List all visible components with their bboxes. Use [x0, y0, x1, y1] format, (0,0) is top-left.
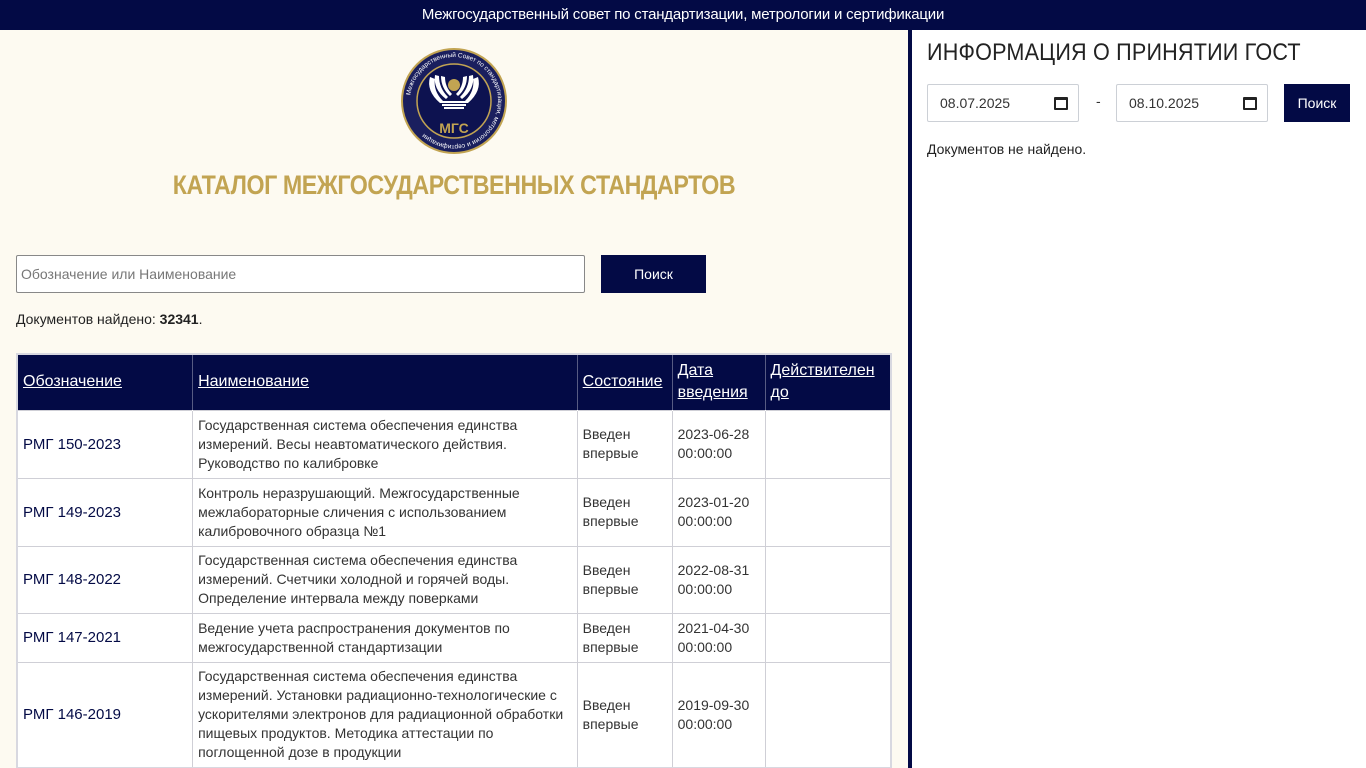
column-header-valid-until[interactable]: Действителен до: [765, 354, 891, 410]
document-code-link[interactable]: РМГ 147-2021: [23, 629, 121, 646]
site-title: Межгосударственный совет по стандартизац…: [422, 6, 944, 23]
svg-text:МГС: МГС: [439, 120, 469, 136]
date-from-input[interactable]: 08.07.2025: [927, 84, 1079, 122]
gost-adoption-panel: ИНФОРМАЦИЯ О ПРИНЯТИИ ГОСТ 08.07.2025 - …: [912, 30, 1366, 768]
catalog-title: КАТАЛОГ МЕЖГОСУДАРСТВЕННЫХ СТАНДАРТОВ: [64, 170, 845, 201]
document-valid-until: [765, 662, 891, 768]
table-header-row: Обозначение Наименование Состояние Дата …: [17, 354, 891, 410]
search-input[interactable]: [16, 255, 585, 293]
table-row: РМГ 149-2023 Контроль неразрушающий. Меж…: [17, 478, 891, 546]
column-header-code[interactable]: Обозначение: [17, 354, 193, 410]
mgs-logo[interactable]: Межгосударственный Совет по стандартизац…: [400, 47, 508, 155]
document-valid-until: [765, 546, 891, 613]
document-code-link[interactable]: РМГ 150-2023: [23, 436, 121, 453]
document-state: Введен впервые: [577, 478, 672, 546]
date-to-value: 08.10.2025: [1129, 95, 1199, 111]
sort-link-code[interactable]: Обозначение: [23, 373, 122, 390]
document-date: 2021-04-30 00:00:00: [672, 613, 765, 662]
table-row: РМГ 150-2023 Государственная система обе…: [17, 410, 891, 478]
document-state: Введен впервые: [577, 662, 672, 768]
column-header-date[interactable]: Дата введения: [672, 354, 765, 410]
site-header: Межгосударственный совет по стандартизац…: [0, 0, 1366, 30]
document-code-link[interactable]: РМГ 148-2022: [23, 571, 121, 588]
date-from-value: 08.07.2025: [940, 95, 1010, 111]
document-date: 2019-09-30 00:00:00: [672, 662, 765, 768]
calendar-icon[interactable]: [1054, 97, 1068, 110]
document-date: 2022-08-31 00:00:00: [672, 546, 765, 613]
document-name: Государственная система обеспечения един…: [193, 410, 578, 478]
document-name: Контроль неразрушающий. Межгосударственн…: [193, 478, 578, 546]
document-valid-until: [765, 478, 891, 546]
documents-found: Документов найдено: 32341.: [16, 311, 202, 327]
sort-link-name[interactable]: Наименование: [198, 373, 309, 390]
document-state: Введен впервые: [577, 410, 672, 478]
document-code-link[interactable]: РМГ 149-2023: [23, 504, 121, 521]
panel-search-button[interactable]: Поиск: [1284, 84, 1350, 122]
document-state: Введен впервые: [577, 613, 672, 662]
table-row: РМГ 147-2021 Ведение учета распространен…: [17, 613, 891, 662]
column-header-state[interactable]: Состояние: [577, 354, 672, 410]
column-header-name[interactable]: Наименование: [193, 354, 578, 410]
document-date: 2023-01-20 00:00:00: [672, 478, 765, 546]
catalog-section: Межгосударственный Совет по стандартизац…: [0, 30, 908, 768]
document-name: Ведение учета распространения документов…: [193, 613, 578, 662]
table-row: РМГ 146-2019 Государственная система обе…: [17, 662, 891, 768]
document-valid-until: [765, 410, 891, 478]
date-range-separator: -: [1096, 93, 1101, 109]
sort-link-valid-until[interactable]: Действителен до: [771, 362, 875, 401]
panel-title: ИНФОРМАЦИЯ О ПРИНЯТИИ ГОСТ: [927, 39, 1301, 67]
document-name: Государственная система обеспечения един…: [193, 662, 578, 768]
found-count: 32341: [160, 311, 199, 327]
standards-table: Обозначение Наименование Состояние Дата …: [16, 353, 892, 768]
found-label: Документов найдено:: [16, 311, 160, 327]
panel-result-message: Документов не найдено.: [927, 141, 1086, 157]
document-state: Введен впервые: [577, 546, 672, 613]
document-valid-until: [765, 613, 891, 662]
sort-link-date[interactable]: Дата введения: [678, 362, 748, 401]
calendar-icon[interactable]: [1243, 97, 1257, 110]
document-name: Государственная система обеспечения един…: [193, 546, 578, 613]
search-button[interactable]: Поиск: [601, 255, 706, 293]
document-date: 2023-06-28 00:00:00: [672, 410, 765, 478]
table-row: РМГ 148-2022 Государственная система обе…: [17, 546, 891, 613]
mgs-emblem-icon: Межгосударственный Совет по стандартизац…: [400, 47, 508, 155]
sort-link-state[interactable]: Состояние: [583, 373, 663, 390]
date-to-input[interactable]: 08.10.2025: [1116, 84, 1268, 122]
document-code-link[interactable]: РМГ 146-2019: [23, 706, 121, 723]
